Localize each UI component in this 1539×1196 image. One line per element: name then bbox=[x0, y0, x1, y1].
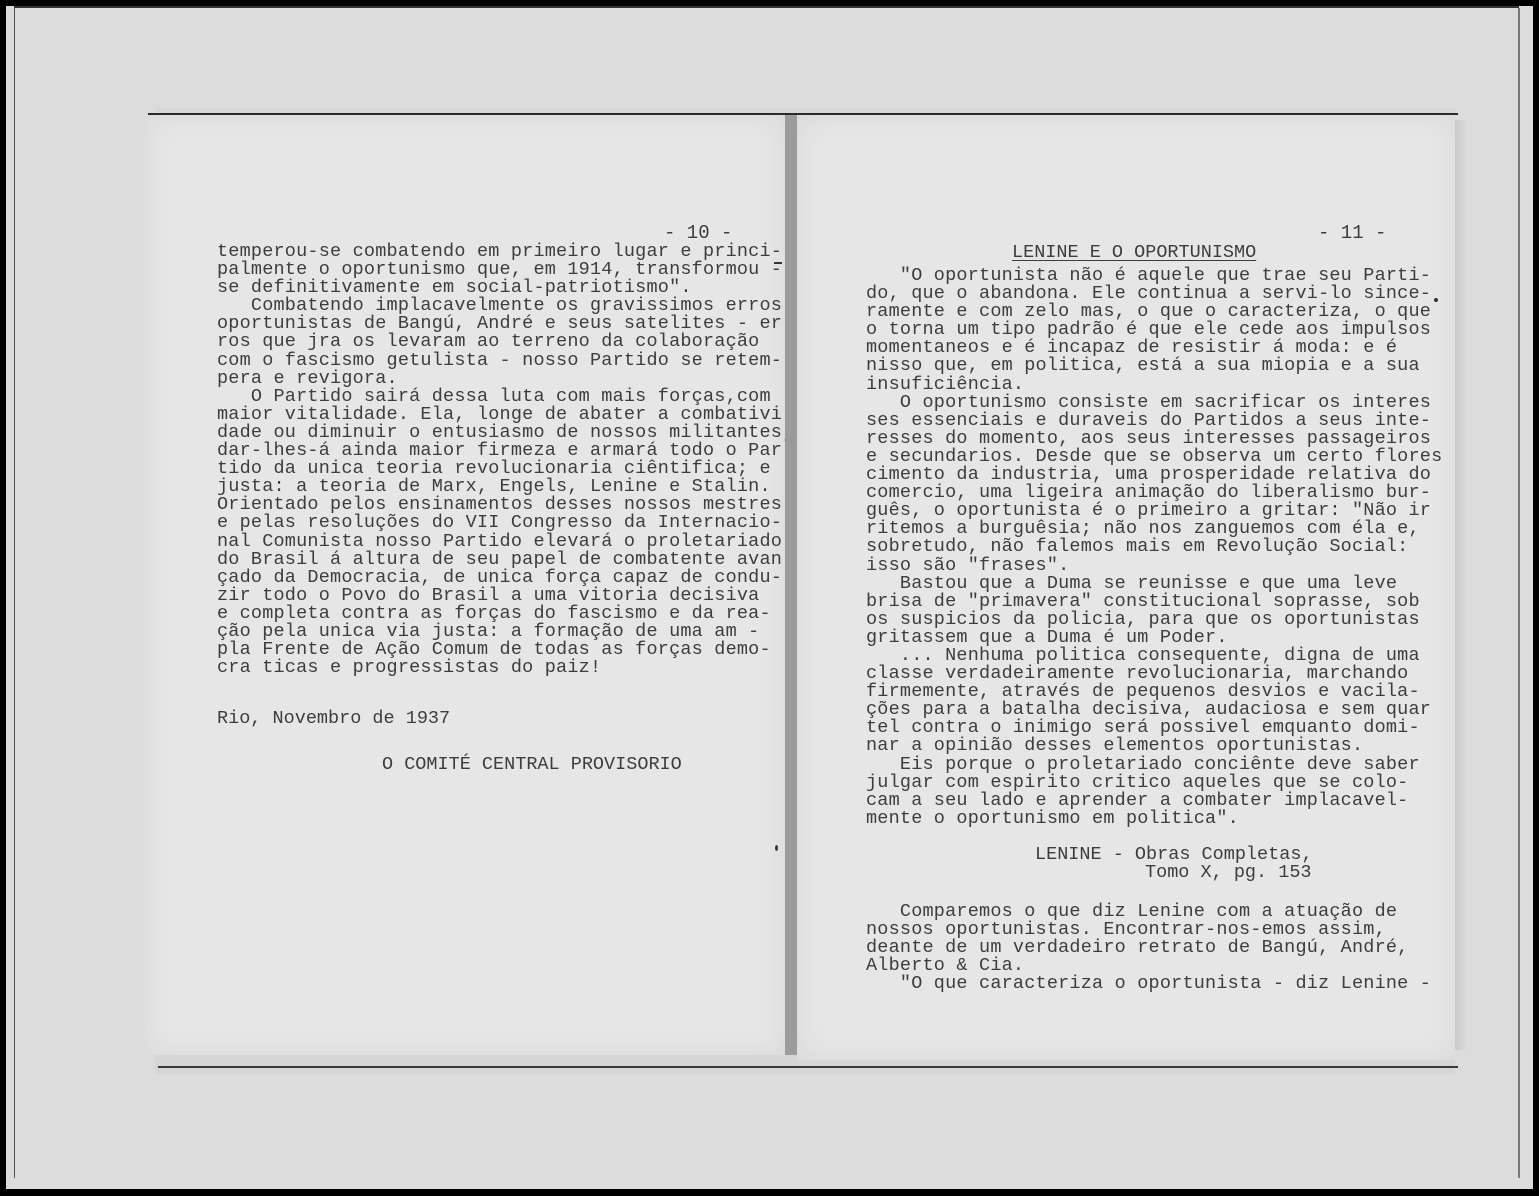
right-body-line: nisso que, em politica, está a sua miopi… bbox=[866, 357, 1442, 375]
section-heading: LENINE E O OPORTUNISMO bbox=[1012, 242, 1256, 263]
right-page-number: - 11 - bbox=[1318, 222, 1386, 244]
place-date: Rio, Novembro de 1937 bbox=[217, 708, 450, 729]
left-page-body: temperou-se combatendo em primeiro lugar… bbox=[217, 243, 793, 677]
right-body-line: insuficiência. bbox=[866, 376, 1442, 394]
right-body-line: mente o oportunismo em politica". bbox=[866, 810, 1442, 828]
frame-border-right bbox=[1518, 8, 1520, 1178]
right-body-line: nar a opinião desses elementos oportunis… bbox=[866, 737, 1442, 755]
citation-volume: Tomo X, pg. 153 bbox=[1145, 864, 1312, 882]
right-body-line: sobretudo, não falemos mais em Revolução… bbox=[866, 538, 1442, 556]
left-body-line: cra ticas e progressistas do paiz! bbox=[217, 659, 793, 677]
closing-line: "O que caracteriza o oportunista - diz L… bbox=[866, 975, 1431, 993]
right-page-body: "O oportunista não é aquele que trae seu… bbox=[866, 267, 1442, 828]
right-body-line: julgar com espirito critico aqueles que … bbox=[866, 774, 1442, 792]
right-body-line: Eis porque o proletariado conciênte deve… bbox=[866, 756, 1442, 774]
book-gutter bbox=[785, 115, 797, 1055]
mount-edge-bottom bbox=[158, 1066, 1458, 1068]
left-body-line: e pelas resoluções do VII Congresso da I… bbox=[217, 514, 793, 532]
closing-paragraph: Comparemos o que diz Lenine com a atuaçã… bbox=[866, 903, 1431, 993]
left-body-line: do Brasil á altura de seu papel de comba… bbox=[217, 551, 793, 569]
right-body-line: isso são "frases". bbox=[866, 557, 1442, 575]
left-body-line: ros que jra os levaram ao terreno da col… bbox=[217, 333, 793, 351]
left-body-line: nal Comunista nosso Partido elevará o pr… bbox=[217, 533, 793, 551]
left-body-line: com o fascismo getulista - nosso Partido… bbox=[217, 352, 793, 370]
frame-border-left bbox=[14, 8, 15, 1178]
right-body-line: Bastou que a Duma se reunisse e que uma … bbox=[866, 575, 1442, 593]
signature: O COMITÉ CENTRAL PROVISORIO bbox=[382, 754, 682, 775]
scan-mark bbox=[774, 262, 782, 264]
frame-border-top bbox=[14, 6, 1519, 8]
page-edge-shadow bbox=[1455, 120, 1467, 1050]
scan-speck bbox=[775, 845, 778, 851]
scan-speck bbox=[1434, 298, 1438, 302]
